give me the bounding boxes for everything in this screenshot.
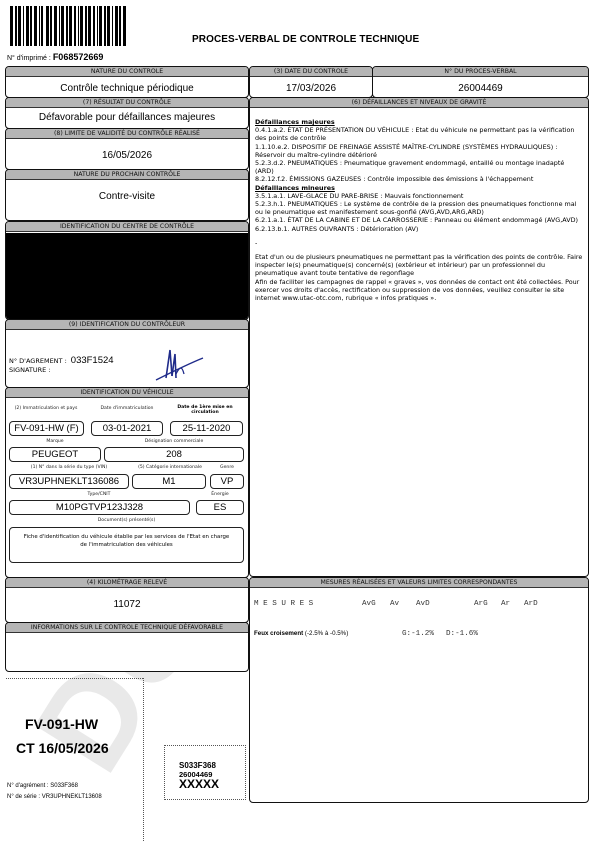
documents-field: Fiche d'identification du véhicule établ… <box>9 527 244 563</box>
defaillance-item: 5.2.3.h.1. PNEUMATIQUES : Le système de … <box>255 200 583 216</box>
centre-controle-redacted <box>6 233 248 319</box>
nature-controle-header: NATURE DU CONTROLE <box>6 67 248 77</box>
defaillances-box: (6) DÉFAILLANCES ET NIVEAUX DE GRAVITÉ D… <box>249 97 589 577</box>
nature-controle-box: NATURE DU CONTROLE Contrôle technique pé… <box>5 66 249 98</box>
date-controle-header: (3) DATE DU CONTROLE <box>250 67 372 77</box>
controleur-box: (9) IDENTIFICATION DU CONTRÔLEUR N° D'AG… <box>5 319 249 388</box>
sticker-cut-line-top <box>6 678 143 679</box>
mesures-col-ard: ArD <box>524 600 538 608</box>
designation-label: Désignation commerciale <box>104 439 244 444</box>
sticker-agrement: N° d'agrément : S033F368 <box>7 783 78 789</box>
genre-label: Genre <box>210 465 244 470</box>
feux-croisement-range: (-2.5% à -0.5%) <box>305 630 348 637</box>
signature-image <box>148 344 208 384</box>
defaillance-item: 3.5.1.a.1. LAVE-GLACE DU PARE-BRISE : Ma… <box>255 192 583 200</box>
date-mec-label: Date de 1ère mise en circulation <box>170 405 240 415</box>
numero-pv-header: N° DU PROCES-VERBAL <box>373 67 588 77</box>
categorie-field: M1 <box>132 474 206 489</box>
majeures-heading: Défaillances majeures <box>255 118 583 126</box>
immat-label: (2) Immatriculation et pays <box>8 406 84 411</box>
vehicule-box: IDENTIFICATION DU VÉHICULE (2) Immatricu… <box>5 387 249 578</box>
agrement-value: 033F1524 <box>71 355 114 366</box>
date-immat-label: Date d'immatriculation <box>92 406 162 411</box>
informations-header: INFORMATIONS SUR LE CONTROLE TECHNIQUE D… <box>6 623 248 633</box>
defaillance-item: 8.2.12.f.2. ÉMISSIONS GAZEUSES : Contrôl… <box>255 175 583 183</box>
agrement-label: N° D'AGREMENT : <box>9 357 67 365</box>
vin-label: (1) N° dans la série du type (VIN) <box>9 465 129 470</box>
defaillance-item: 6.2.1.a.1. ÉTAT DE LA CABINE ET DE LA CA… <box>255 216 583 224</box>
signature-label: SIGNATURE : <box>9 366 51 374</box>
feux-d-value: D:-1.6% <box>446 630 478 638</box>
stamp-box: S033F368 26004469 XXXXX <box>164 745 246 800</box>
mesures-col-avg: AvG <box>362 600 376 608</box>
limite-validite-header: (8) LIMITE DE VALIDITÉ DU CONTRÔLE RÉALI… <box>6 129 248 139</box>
type-cnit-field: M10PGTVP123J328 <box>9 500 190 515</box>
limite-validite-value: 16/05/2026 <box>6 139 248 161</box>
limite-validite-box: (8) LIMITE DE VALIDITÉ DU CONTRÔLE RÉALI… <box>5 128 249 170</box>
date-controle-value: 17/03/2026 <box>250 77 372 94</box>
resultat-box: (7) RÉSULTAT DU CONTRÔLE Défavorable pou… <box>5 97 249 129</box>
categorie-label: (5) Catégorie internationale <box>132 465 208 470</box>
sticker-ct-date: CT 16/05/2026 <box>16 740 109 756</box>
prochain-controle-box: NATURE DU PROCHAIN CONTRÔLE Contre-visit… <box>5 169 249 221</box>
date-immat-field: 03-01-2021 <box>91 421 163 436</box>
separator-dash: - <box>255 239 583 247</box>
defaillance-item: 5.2.3.d.2. PNEUMATIQUES : Pneumatique gr… <box>255 159 583 175</box>
imprime-number: N° d'imprimé :F068572669 <box>7 52 103 62</box>
stamp-xxxxx: XXXXX <box>179 779 219 789</box>
centre-controle-box: IDENTIFICATION DU CENTRE DE CONTRÔLE <box>5 221 249 320</box>
date-controle-box: (3) DATE DU CONTROLE 17/03/2026 <box>249 66 373 98</box>
marque-field: PEUGEOT <box>9 447 101 462</box>
feux-g-value: G:-1.2% <box>402 630 434 638</box>
prochain-controle-value: Contre-visite <box>6 180 248 202</box>
barcode <box>10 6 146 46</box>
defaillance-item: 6.2.13.b.1. AUTRES OUVRANTS : Détériorat… <box>255 225 583 233</box>
date-mec-field: 25-11-2020 <box>170 421 243 436</box>
genre-field: VP <box>210 474 244 489</box>
sticker-cut-line-right <box>143 678 144 841</box>
agrement-row: N° D'AGREMENT :033F1524 <box>9 348 114 367</box>
defaillances-header: (6) DÉFAILLANCES ET NIVEAUX DE GRAVITÉ <box>250 98 588 108</box>
type-cnit-label: Type/CNIT <box>9 492 189 497</box>
stamp-content: S033F368 26004469 XXXXX <box>179 761 219 789</box>
feux-croisement-label: Feux croisement <box>254 630 303 637</box>
numero-pv-value: 26004469 <box>373 77 588 94</box>
mesures-col-arg: ArG <box>474 600 488 608</box>
defaillance-note: Etat d'un ou de plusieurs pneumatiques n… <box>255 253 583 278</box>
mesures-header: MESURES RÉALISÉES ET VALEURS LIMITES COR… <box>250 578 588 588</box>
energie-label: Énergie <box>196 492 244 497</box>
imprime-label: N° d'imprimé : <box>7 55 51 62</box>
mesures-col-avd: AvD <box>416 600 430 608</box>
energie-field: ES <box>196 500 244 515</box>
defaillance-item: 1.1.10.e.2. DISPOSITIF DE FREINAGE ASSIS… <box>255 143 583 159</box>
mesures-col-av: Av <box>390 600 399 608</box>
vehicule-header: IDENTIFICATION DU VÉHICULE <box>6 388 248 398</box>
defaillance-note: Afin de faciliter les campagnes de rappe… <box>255 278 583 303</box>
sticker-serie: N° de série : VR3UPHNEKLT13608 <box>7 794 102 800</box>
documents-label: Document(s) présenté(s) <box>9 518 244 523</box>
defaillance-item: 0.4.1.a.2. ÉTAT DE PRÉSENTATION DU VÉHIC… <box>255 126 583 142</box>
mesures-col-ar: Ar <box>501 600 510 608</box>
mineures-heading: Défaillances mineures <box>255 184 583 192</box>
nature-controle-value: Contrôle technique périodique <box>6 77 248 94</box>
document-title: PROCES-VERBAL DE CONTROLE TECHNIQUE <box>192 34 419 45</box>
kilometrage-header: (4) KILOMÉTRAGE RELEVÉ <box>6 578 248 588</box>
defaillances-content: Défaillances majeures 0.4.1.a.2. ÉTAT DE… <box>250 108 588 302</box>
imprime-value: F068572669 <box>53 52 104 62</box>
kilometrage-value: 11072 <box>6 588 248 610</box>
mesures-title: M E S U R E S <box>254 600 313 608</box>
vin-field: VR3UPHNEKLT136086 <box>9 474 129 489</box>
numero-pv-box: N° DU PROCES-VERBAL 26004469 <box>372 66 589 98</box>
kilometrage-box: (4) KILOMÉTRAGE RELEVÉ 11072 <box>5 577 249 623</box>
feux-croisement-row: Feux croisement (-2.5% à -0.5%) <box>254 630 348 637</box>
designation-field: 208 <box>104 447 244 462</box>
controleur-header: (9) IDENTIFICATION DU CONTRÔLEUR <box>6 320 248 330</box>
mesures-box: MESURES RÉALISÉES ET VALEURS LIMITES COR… <box>249 577 589 803</box>
informations-box: INFORMATIONS SUR LE CONTROLE TECHNIQUE D… <box>5 622 249 672</box>
immat-field: FV-091-HW (F) <box>9 421 84 436</box>
prochain-controle-header: NATURE DU PROCHAIN CONTRÔLE <box>6 170 248 180</box>
marque-label: Marque <box>9 439 101 444</box>
sticker-plate: FV-091-HW <box>25 716 98 732</box>
resultat-header: (7) RÉSULTAT DU CONTRÔLE <box>6 98 248 108</box>
resultat-value: Défavorable pour défaillances majeures <box>6 108 248 123</box>
centre-controle-header: IDENTIFICATION DU CENTRE DE CONTRÔLE <box>6 222 248 232</box>
